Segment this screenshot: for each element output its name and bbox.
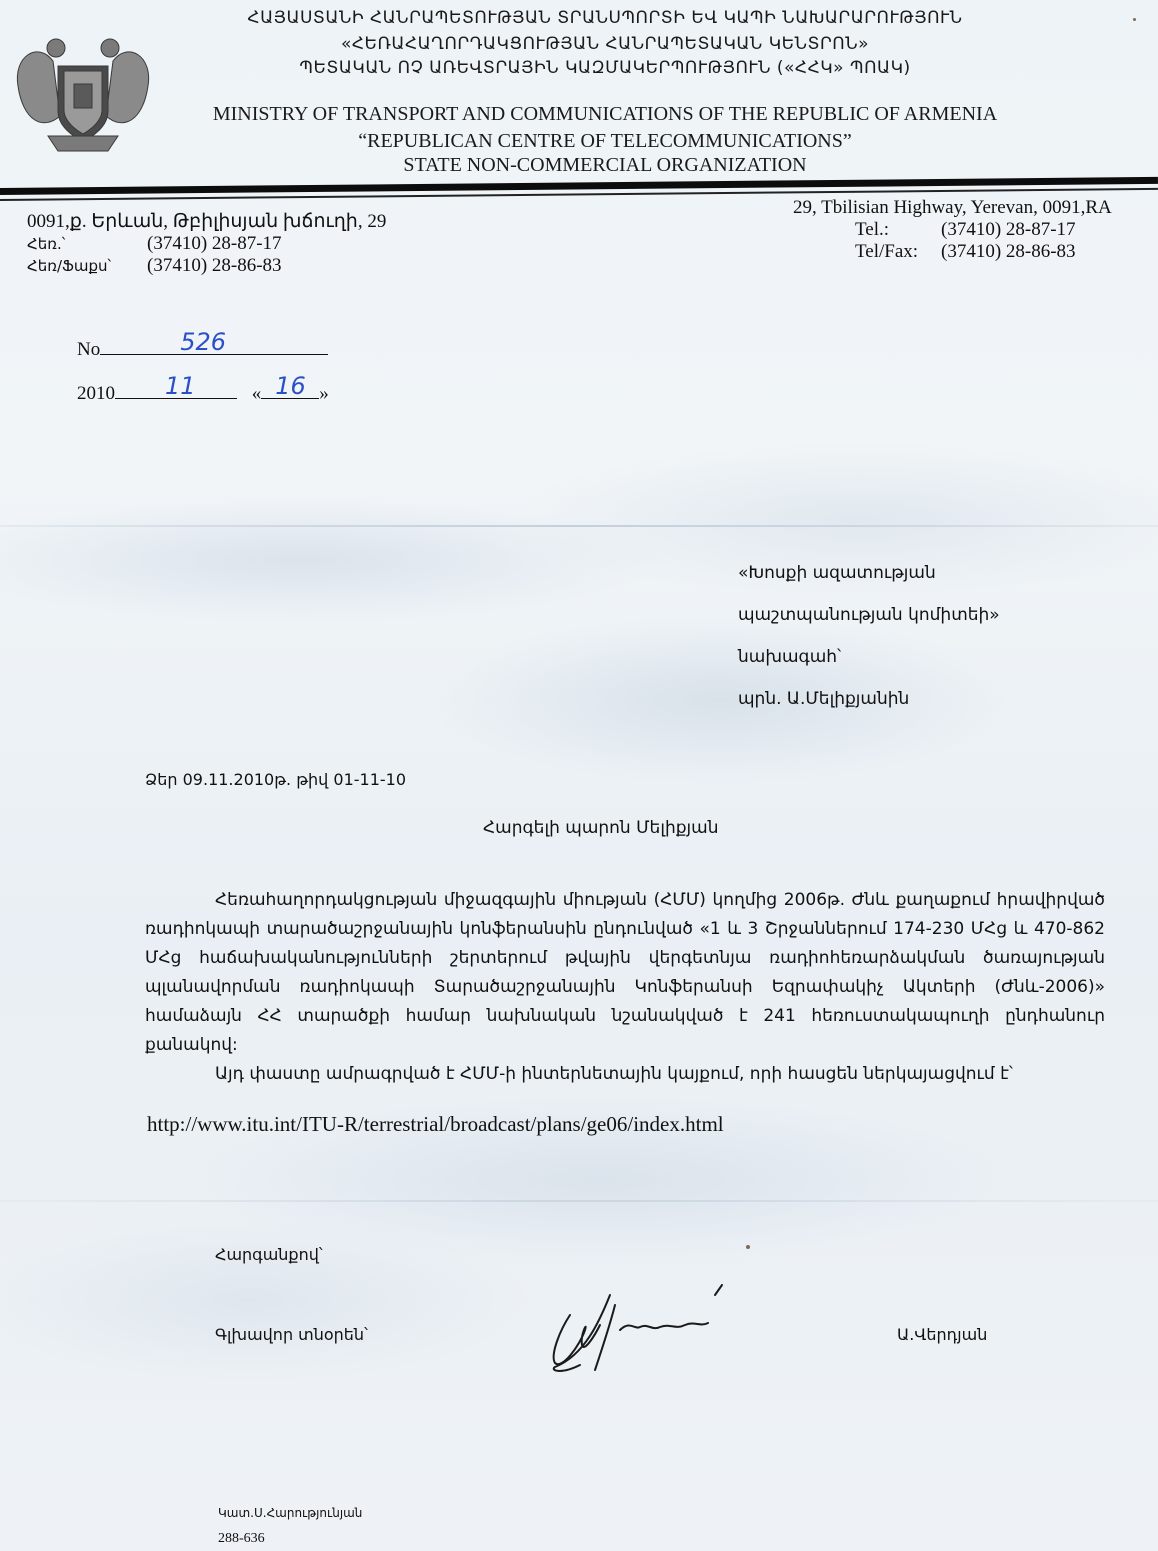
- closing-regards: Հարգանքով՝: [215, 1245, 323, 1264]
- close-quote: »: [319, 383, 329, 404]
- phone-label: Հեռ.՝: [27, 233, 147, 255]
- handwritten-reference-number: 526: [180, 328, 226, 356]
- fax-label: Tel/Fax:: [855, 241, 941, 263]
- fax-value: (37410) 28-86-83: [147, 255, 282, 277]
- recipient-line: պրն. Ա.Մելիքյանին: [738, 678, 1000, 720]
- address-street: 0091,ք. Երևան, Թբիլիսյան խճուղի, 29: [27, 211, 386, 233]
- address-english: 29, Tbilisian Highway, Yerevan, 0091,RA …: [793, 197, 1112, 263]
- executor-phone: 288-636: [218, 1526, 362, 1551]
- body-paragraph: Հեռահաղորդակցության միջազգային միության …: [145, 886, 1105, 1060]
- letterhead-english-line-3: STATE NON-COMMERCIAL ORGANIZATION: [175, 154, 1035, 177]
- phone-value: (37410) 28-87-17: [941, 219, 1076, 241]
- letterhead-armenian-line-2: «ՀԵՌԱՀԱՂՈՐԴԱԿՑՈՒԹՅԱՆ ՀԱՆՐԱՊԵՏԱԿԱՆ ԿԵՆՏՐՈ…: [175, 34, 1035, 54]
- open-quote: «: [252, 383, 262, 404]
- handwritten-day: 16: [275, 372, 306, 400]
- address-street: 29, Tbilisian Highway, Yerevan, 0091,RA: [793, 197, 1112, 219]
- letterhead-armenian-line-3: ՊԵՏԱԿԱՆ ՈՉ ԱՌԵՎՏՐԱՅԻՆ ԿԱԶՄԱԿԵՐՊՈՒԹՅՈՒՆ (…: [175, 58, 1035, 78]
- itu-url-link[interactable]: http://www.itu.int/ITU-R/terrestrial/bro…: [147, 1112, 724, 1137]
- executor-block: Կատ.Ս.Հարությունյան 288-636: [218, 1500, 362, 1551]
- executor-name: Կատ.Ս.Հարությունյան: [218, 1500, 362, 1526]
- salutation: Հարգելի պարոն Մելիքյան: [483, 818, 719, 838]
- address-armenian: 0091,ք. Երևան, Թբիլիսյան խճուղի, 29 Հեռ.…: [27, 211, 386, 277]
- recipient-line: «Խոսքի ազատության: [738, 552, 1000, 594]
- reference-number-label: No: [77, 339, 100, 360]
- paper-fold-line: [0, 525, 1158, 527]
- scan-speck: [1133, 18, 1136, 21]
- letterhead-english-line-2: “REPUBLICAN CENTRE OF TELECOMMUNICATIONS…: [175, 130, 1035, 153]
- phone-label: Tel.:: [855, 219, 941, 241]
- signer-name: Ա.Վերդյան: [897, 1325, 987, 1344]
- recipient-block: «Խոսքի ազատության պաշտպանության կոմիտեի»…: [738, 552, 1000, 720]
- letterhead-armenian-line-1: ՀԱՅԱՍՏԱՆԻ ՀԱՆՐԱՊԵՏՈՒԹՅԱՆ ՏՐԱՆՍՊՈՐՏԻ ԵՎ Կ…: [175, 8, 1035, 28]
- signer-title: Գլխավոր տնօրեն՝: [215, 1325, 368, 1344]
- paper-fold-line: [0, 1200, 1158, 1202]
- armenia-coat-of-arms-icon: [8, 26, 158, 156]
- phone-value: (37410) 28-87-17: [147, 233, 282, 255]
- handwritten-month: 11: [165, 372, 196, 400]
- reply-reference: Ձեր 09.11.2010թ. թիվ 01-11-10: [145, 770, 406, 789]
- fax-value: (37410) 28-86-83: [941, 241, 1076, 263]
- letter-body: Հեռահաղորդակցության միջազգային միության …: [145, 886, 1105, 1089]
- reference-date: 2010 11 « 16 »: [77, 380, 329, 405]
- body-paragraph: Այդ փաստը ամրագրված է ՀՄՄ-ի ինտերնետային…: [145, 1060, 1105, 1089]
- recipient-line: նախագահ՝: [738, 636, 1000, 678]
- reference-number: No 526: [77, 336, 328, 361]
- reference-year: 2010: [77, 383, 115, 404]
- fax-label: Հեռ/Ֆաքս՝: [27, 255, 147, 277]
- scan-speck: [746, 1245, 750, 1249]
- letterhead-english-line-1: MINISTRY OF TRANSPORT AND COMMUNICATIONS…: [175, 103, 1035, 126]
- handwritten-signature-icon: [540, 1275, 740, 1385]
- recipient-line: պաշտպանության կոմիտեի»: [738, 594, 1000, 636]
